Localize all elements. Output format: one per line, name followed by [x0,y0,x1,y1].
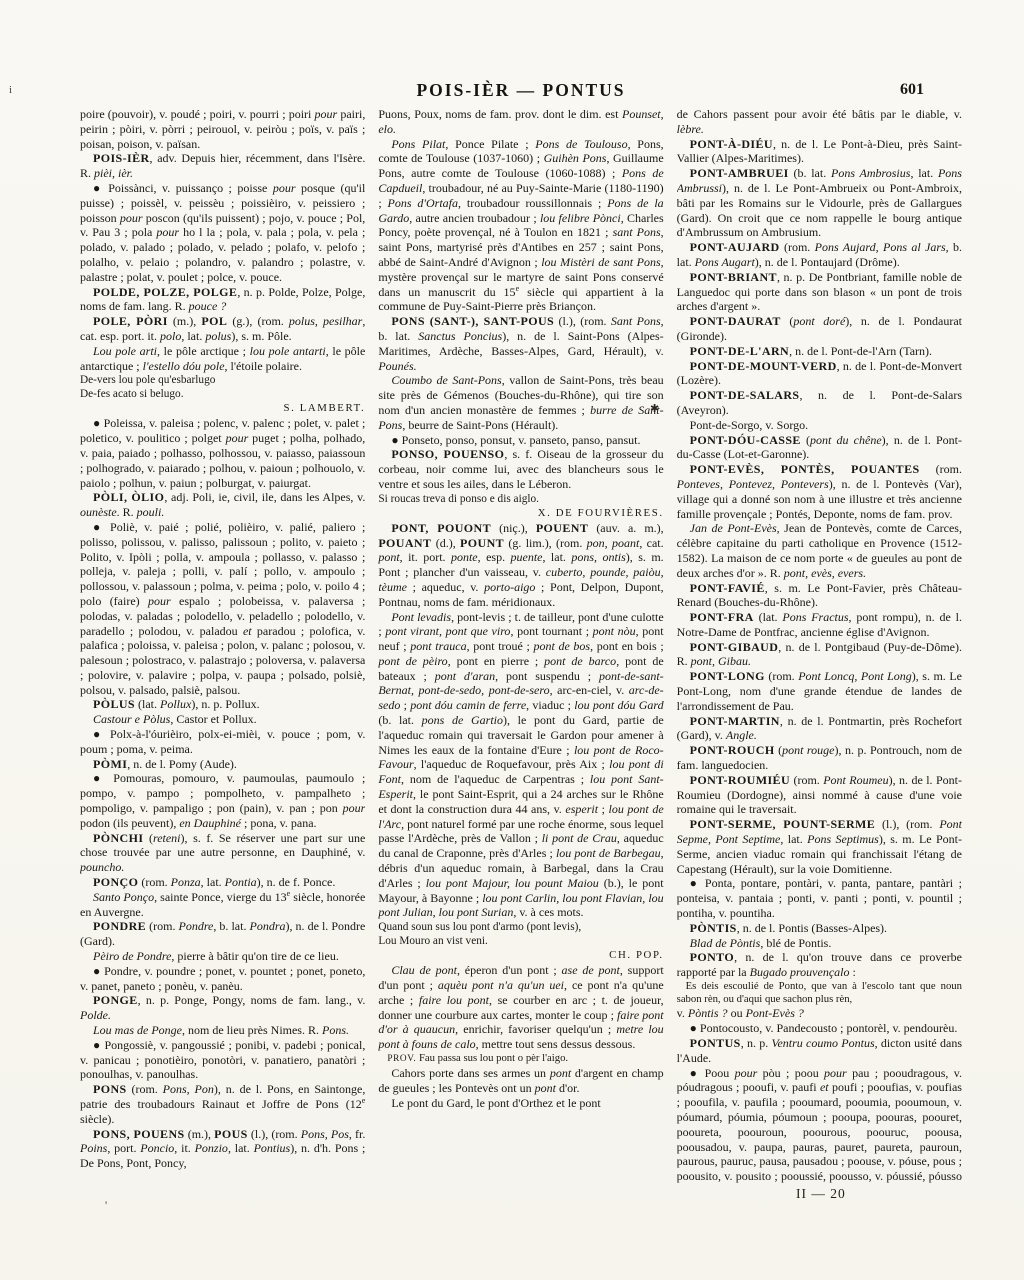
entry-paragraph: Castour e Pòlus, Castor et Pollux. [80,712,365,727]
text-segment: Guihèn Pons [544,151,607,165]
text-segment: Es deis escoulié de Ponto, que van à l'e… [677,980,962,1005]
entry-paragraph: PONT-SERME, POUNT-SERME (l.), (rom. Pont… [677,817,962,876]
entry-paragraph: Le pont du Gard, le pont d'Orthez et le … [378,1096,663,1111]
text-segment: ( [781,314,794,328]
text-segment: , nom de lieu près Nimes. R. [182,1023,322,1037]
text-segment: Pounés. [378,359,416,373]
text-segment: Pons. [322,1023,349,1037]
headword: PONT-ROUMIÉU [690,773,790,787]
text-segment: Pons Aujard, Pons al Jars [815,240,946,254]
text-segment: Pont levadis [391,610,451,624]
text-segment: (g.), (rom. [227,314,289,328]
text-segment: , n. de l. Pontis (Basses-Alpes). [737,921,887,935]
text-segment: , nom de l'aqueduc de Carpentras ; [401,772,590,786]
text-segment: Pontia [225,875,257,889]
entry-paragraph: ● Poissànci, v. puissanço ; poisse pour … [80,181,365,285]
text-segment: Fau passa sus lou pont o pèr l'aigo. [416,1052,568,1064]
text-segment: (lat. [135,697,160,711]
text-columns: poire (pouvoir), v. poudé ; poiri, v. po… [80,107,962,1185]
text-segment: ; [598,802,608,816]
text-segment: ounèste [80,505,117,519]
column-1: poire (pouvoir), v. poudé ; poiri, v. po… [80,107,365,1185]
text-segment: Quand soun sus lou pont d'armo (pont lev… [378,921,581,933]
text-segment: Bugado prouvençalo [750,965,850,979]
text-segment: ; aqueduc, v. [407,580,484,594]
text-segment: Si roucas treva di ponso e dis aiglo. [378,493,539,505]
entry-paragraph: POLDE, POLZE, POLGE, n. p. Polde, Polze,… [80,285,365,315]
text-segment: Pòntis ? [688,1006,728,1020]
text-segment: (auv. a. m.), [588,521,663,535]
text-segment: , n. de l. Pont-de-l'Arn (Tarn). [789,344,932,358]
headword: PÒMI [93,757,127,771]
text-segment: (rom. [790,773,823,787]
text-segment: li pont de Crau [542,831,617,845]
text-segment: polo [160,329,181,343]
text-segment: pour [148,594,171,608]
entry-paragraph: PONT-FAVIÉ, s. m. Le Pont-Favier, près C… [677,581,962,611]
text-segment: pont de bos [533,639,590,653]
text-segment: (rom. [780,240,815,254]
verse-attribution: S. LAMBERT. [80,401,365,416]
text-segment: (l.), (rom. [875,817,939,831]
text-segment: ), n. de f. Ponce. [257,875,336,889]
text-segment: , enrichir, favoriser quelqu'un ; [455,1022,616,1036]
text-segment: (b. lat. [789,166,831,180]
small-note: Es deis escoulié de Ponto, que van à l'e… [677,980,962,1006]
text-segment: , v. à ces mots. [513,905,583,919]
headword: PONS (SANT-), SANT-POUS [391,314,554,328]
text-segment: sant Pons [613,225,661,239]
text-segment: Le pont du Gard, le pont d'Orthez et le … [391,1096,600,1110]
entry-paragraph: ● Poleissa, v. paleisa ; polenc, v. pale… [80,416,365,490]
text-segment: pour [315,107,338,121]
text-segment: Pons Augart [695,255,755,269]
headword: PONT-LONG [690,669,765,683]
headword: PÒNTIS [690,921,737,935]
text-segment: lèbre. [677,122,704,136]
entry-paragraph: PONDRE (rom. Pondre, b. lat. Pondra), n.… [80,919,365,949]
text-segment: , lat. [543,550,572,564]
text-segment: reteni [153,831,181,845]
entry-paragraph: PONT-DE-MOUNT-VERD, n. de l. Pont-de-Mon… [677,359,962,389]
text-segment: Polde. [80,1008,111,1022]
entry-paragraph: PONS (SANT-), SANT-POUS (l.), (rom. Sant… [378,314,663,373]
text-segment: Puons, Poux, noms de fam. prov. dont le … [378,107,622,121]
text-segment: , viaduc ; [526,698,574,712]
text-segment: pouli. [137,505,165,519]
text-segment: Ponteves, Pontevez, Pontevers [677,477,829,491]
headword: PONT-BRIANT [690,270,777,284]
text-segment: Coumbo de Sant-Pons [391,373,501,387]
text-segment: pont dóu camin de ferre [410,698,526,712]
text-segment: , éperon d'un pont ; [457,963,562,977]
entry-paragraph: Pont-de-Sorgo, v. Sorgo. [677,418,962,433]
text-segment: : [850,965,856,979]
text-segment: lou pont de Barbegau [556,846,661,860]
text-segment: (m.), [168,314,202,328]
text-segment: , adj. Poli, ie, civil, ile, dans les Al… [164,490,365,504]
text-segment: , le pôle arctique ; [157,344,250,358]
text-segment: , troubadour roussillonnais ; [458,196,607,210]
headword: POUS [214,1127,248,1141]
verse-attribution: X. DE FOURVIÈRES. [378,506,663,521]
text-segment: polus [205,329,231,343]
text-segment: , fr. [349,1127,365,1141]
text-segment: , n. p. Ponge, Pongy, noms de fam. lang.… [138,993,366,1007]
text-segment: ● Pomouras, pomouro, v. paumoulas, paumo… [80,771,365,815]
entry-paragraph: PONTUS, n. p. Ventru coumo Pontus, dicto… [677,1036,962,1066]
text-segment: Castour e Pòlus [93,712,170,726]
headword: PÒLI, ÒLIO [93,490,164,504]
text-segment: Cahors porte dans ses armes un [391,1066,549,1080]
text-segment: v. [677,1006,688,1020]
text-segment: ase de pont [562,963,620,977]
text-segment: pon, poant [587,536,640,550]
text-segment: Jan de Pont-Evès [690,521,777,535]
entry-paragraph: PONT-ROUCH (pont rouge), n. p. Pontrouch… [677,743,962,773]
entry-paragraph: ● Pontocousto, v. Pandecousto ; pontorèl… [677,1021,962,1036]
text-segment: , l'étoile polaire. [225,359,302,373]
text-segment: , beurre de Saint-Pons (Hérault). [402,418,558,432]
verse-line: De-fes acato si belugo. [80,387,365,401]
text-segment: Pondra [250,919,286,933]
entry-paragraph: PONT-À-DIÉU, n. de l. Le Pont-à-Dieu, pr… [677,137,962,167]
headword: PONT-DE-MOUNT-VERD [690,359,837,373]
text-segment: , lat. [780,832,807,846]
text-segment: pouce ? [189,299,227,313]
text-segment: lou Mistèri de sant Pons [541,255,660,269]
text-segment: pour [343,801,366,815]
text-segment: PROV. [387,1054,416,1064]
headword: PONTUS [690,1036,741,1050]
headword: PONTO [690,950,734,964]
text-segment: ), n. p. Pollux. [191,697,259,711]
text-segment: polus, pesilhar [289,314,362,328]
text-segment: ; pona, v. pana. [241,816,317,830]
text-segment: (b. lat. [378,713,421,727]
text-segment: , pont en bois ; [590,639,664,653]
text-segment: faire lou pont [419,993,489,1007]
text-segment: pouncho. [80,860,124,874]
text-segment: , lat. [201,875,225,889]
headword: PONT, POUONT [391,521,491,535]
text-segment: Santo Ponço [93,890,154,904]
text-segment: (d.), [431,536,460,550]
entry-paragraph: PONSO, POUENSO, s. f. Oiseau de la gross… [378,447,663,491]
text-segment: , it. port. [400,550,451,564]
text-segment: siècle). [80,1112,114,1126]
text-segment: Lou Mouro an vist veni. [378,935,488,947]
entry-paragraph: PONT-DE-L'ARN, n. de l. Pont-de-l'Arn (T… [677,344,962,359]
text-segment: (rom. [920,462,962,476]
text-segment: ), s. m. Pôle. [231,329,291,343]
text-segment: pont, Gibau. [691,654,751,668]
page-title: POIS-IÈR — PONTUS [80,80,962,101]
continuation-paragraph: de Cahors passent pour avoir été bâtis p… [677,107,962,137]
text-segment: pont [550,1066,571,1080]
entry-paragraph: ● Polx-à-l'óurièiro, polx-ei-mièi, v. po… [80,727,365,757]
text-segment: Pondre [179,919,214,933]
text-segment: en Dauphiné [179,816,241,830]
margin-star-mark: ✱ [650,402,659,415]
text-segment: ● Pontocousto, v. Pandecousto ; pontorèl… [690,1021,958,1035]
headword: POIS-IÈR [93,151,150,165]
dictionary-page: POIS-IÈR — PONTUS 601 poire (pouvoir), v… [0,0,1024,1280]
text-segment: (m.), [185,1127,215,1141]
text-segment: , sainte Ponce, vierge du 13 [154,890,287,904]
headword: PONT-SERME, POUNT-SERME [690,817,876,831]
text-segment: aquèu pont n'a qu'un uei [438,978,564,992]
headword: POUANT [378,536,431,550]
headword: PONT-ROUCH [690,743,775,757]
text-segment: de Cahors passent pour avoir été bâtis p… [677,107,962,121]
text-segment: Pont Roumeu [823,773,888,787]
entry-paragraph: Lou mas de Ponge, nom de lieu près Nimes… [80,1023,365,1038]
entry-paragraph: Cahors porte dans ses armes un pont d'ar… [378,1066,663,1096]
headword: PONS [93,1082,127,1096]
headword: PONT-À-DIÉU [690,137,773,151]
text-segment: pont d'aran [435,669,495,683]
text-segment: S. LAMBERT. [283,402,365,414]
text-segment: , cat. [639,536,663,550]
text-segment: poire (pouvoir), v. poudé ; poiri, v. po… [80,107,315,121]
text-segment: , Castor et Pollux. [170,712,256,726]
text-segment: pour [120,211,143,225]
text-segment: ( [143,831,153,845]
text-segment: Pons de Toulouso [535,137,627,151]
entry-paragraph: Pont levadis, pont-levis ; t. de tailleu… [378,610,663,921]
text-segment: Ponzio [195,1141,228,1155]
text-segment: Poins [80,1141,107,1155]
entry-paragraph: Lou pole arti, le pôle arctique ; lou po… [80,344,365,374]
text-segment: Pont Loncq, Pont Long [798,669,912,683]
scan-artifact-bottom-left: ' [105,1198,107,1213]
text-segment: , b. lat. [213,919,249,933]
entry-paragraph: POIS-IÈR, adv. Depuis hier, récemment, d… [80,151,365,181]
entry-paragraph: ● Pomouras, pomouro, v. paumoulas, paumo… [80,771,365,830]
entry-paragraph: Santo Ponço, sainte Ponce, vierge du 13e… [80,890,365,920]
headword: PONÇO [93,875,138,889]
headword: PONT-DE-L'ARN [690,344,789,358]
headword: PONT-MARTIN [690,714,780,728]
entry-paragraph: PONT-AUJARD (rom. Pons Aujard, Pons al J… [677,240,962,270]
entry-paragraph: ● Ponseto, ponso, ponsut, v. panseto, pa… [378,433,663,448]
text-segment: Pons, Pos [301,1127,349,1141]
text-segment: ou [728,1006,746,1020]
text-segment: pour [735,1066,758,1080]
text-segment: pont [535,1081,556,1095]
text-segment: Sant Pons [611,314,661,328]
text-segment: ( [775,743,783,757]
verse-line: Si roucas treva di ponso e dis aiglo. [378,492,663,506]
text-segment: ● Ponta, pontare, pontàri, v. panta, pan… [677,876,962,920]
text-segment: Sanctus Poncius [418,329,502,343]
text-segment: pour [273,181,296,195]
text-segment: lou pont dóu Gard [574,698,663,712]
headword: POUENT [536,521,588,535]
text-segment: puente [511,550,543,564]
column-2: Puons, Poux, noms de fam. prov. dont le … [378,107,663,1185]
text-segment: Lou mas de Ponge [93,1023,182,1037]
page-number: 601 [900,81,924,99]
entry-paragraph: PONÇO (rom. Ponza, lat. Pontia), n. de f… [80,875,365,890]
headword: PONT-AUJARD [690,240,780,254]
text-segment: ● Poissànci, v. puissanço ; poisse [93,181,273,195]
headword: PÒNCHI [93,831,143,845]
text-segment: ; [400,698,410,712]
entry-paragraph: PONT-ROUMIÉU (rom. Pont Roumeu), n. de l… [677,773,962,817]
text-segment: pour [156,225,179,239]
entry-paragraph: PONS, POUENS (m.), POUS (l.), (rom. Pons… [80,1127,365,1171]
entry-paragraph: PONT-DAURAT (pont doré), n. de l. Pondau… [677,314,962,344]
text-segment: Angle. [726,728,757,742]
text-segment: lou felibre Pònci [540,211,621,225]
text-segment: pont trauca [410,639,466,653]
printer-signature-mark: II — 20 [796,1186,846,1202]
headword: PONS, POUENS [93,1127,185,1141]
entry-paragraph: PONS (rom. Pons, Pon), n. de l. Pons, en… [80,1082,365,1126]
text-segment: pons, ontis [571,550,625,564]
text-segment: podon (ils peuvent), [80,816,179,830]
entry-paragraph: PÒNTIS, n. de l. Pontis (Basses-Alpes). [677,921,962,936]
continuation-paragraph: poire (pouvoir), v. poudé ; poiri, v. po… [80,107,365,151]
headword: POLDE, POLZE, POLGE [93,285,237,299]
text-segment: pont virant, pont que viro [385,624,510,638]
entry-paragraph: Blad de Pòntis, blé de Pontis. [677,936,962,951]
text-segment: , pierre à bâtir qu'on tire de ce lieu. [171,949,338,963]
text-segment: d'or. [556,1081,580,1095]
headword: POLE, PÒRI [93,314,168,328]
text-segment: , blé de Pontis. [760,936,831,950]
entry-paragraph: PONT-FRA (lat. Pons Fractus, pont rompu)… [677,610,962,640]
text-segment: , arc-en-ciel, v. [550,683,629,697]
text-segment: Pont-Evès ? [746,1006,804,1020]
text-segment: De-vers lou pole qu'esbarlugo [80,374,215,386]
entry-paragraph: Pons Pilat, Ponce Pilate ; Pons de Toulo… [378,137,663,315]
headword: PONT-DÓU-CASSE [690,433,801,447]
headword: POL [201,314,227,328]
text-segment: pòu ; poou [757,1066,824,1080]
text-segment: Blad de Pòntis [690,936,761,950]
text-segment: Pons Fractus [782,610,848,624]
text-segment: Pons d'Ortafa [388,196,458,210]
continuation-paragraph: v. Pòntis ? ou Pont-Evès ? [677,1006,962,1021]
headword: PONT-DE-SALARS [690,388,800,402]
text-segment: ● Ponseto, ponso, ponsut, v. panseto, pa… [391,433,640,447]
entry-paragraph: Pèiro de Pondre, pierre à bâtir qu'on ti… [80,949,365,964]
text-segment: , lat. [228,1141,254,1155]
entry-paragraph: PONGE, n. p. Ponge, Pongy, noms de fam. … [80,993,365,1023]
entry-paragraph: ● Poliè, v. paié ; polié, polièiro, v. p… [80,520,365,698]
text-segment: ● Poou [690,1066,735,1080]
headword: PONT-FAVIÉ [690,581,765,595]
headword: PONSO, POUENSO [391,447,504,461]
text-segment: pont rouge [782,743,834,757]
text-segment: (lat. [754,610,783,624]
text-segment: , autre ancien troubadour ; [409,211,540,225]
text-segment: Poncio [140,1141,174,1155]
entry-paragraph: PÒLI, ÒLIO, adj. Poli, ie, civil, ile, d… [80,490,365,520]
text-segment: (l.), (rom. [554,314,611,328]
headword: PONT-FRA [690,610,754,624]
entry-paragraph: PONT-EVÈS, PONTÈS, POUANTES (rom. Pontev… [677,462,962,521]
text-segment: pont de barco [544,654,616,668]
entry-paragraph: PONTO, n. de l. qu'on trouve dans ce pro… [677,950,962,980]
text-segment: De-fes acato si belugo. [80,388,184,400]
text-segment: , it. [174,1141,194,1155]
entry-paragraph: ● Pondre, v. poundre ; ponet, v. pountet… [80,964,365,994]
entry-paragraph: PONT-BRIANT, n. p. De Pontbriant, famill… [677,270,962,314]
text-segment: pont de pèiro [378,654,447,668]
text-segment: l'estello dóu pole [143,359,225,373]
text-segment: , mettre tout sens dessus dessous. [476,1037,636,1051]
text-segment: Pollux [160,697,191,711]
text-segment: , port. [107,1141,140,1155]
text-segment: porto-aigo [484,580,535,594]
text-segment: pons de Gartio [422,713,503,727]
text-segment: , Ponce Pilate ; [445,137,535,151]
text-segment: , pont tournant ; [510,624,592,638]
text-segment: Clau de pont [391,963,457,977]
text-segment: et [243,624,252,638]
entry-paragraph: Clau de pont, éperon d'un pont ; ase de … [378,963,663,1052]
text-segment: e [362,1096,366,1105]
headword: PONDRE [93,919,146,933]
entry-paragraph: Jan de Pont-Evès, Jean de Pontevès, comt… [677,521,962,580]
verse-line: Lou Mouro an vist veni. [378,934,663,948]
text-segment: ● Polx-à-l'óurièiro, polx-ei-mièi, v. po… [80,727,365,756]
text-segment: , esp. [478,550,511,564]
text-segment: pont nòu [593,624,636,638]
entry-paragraph: PONT-DÓU-CASSE (pont du chêne), n. de l.… [677,433,962,463]
text-segment: pour [226,431,249,445]
text-segment: , l'aqueduc de Roquefavour, près Aix ; [414,757,609,771]
text-segment: ● Pondre, v. poundre ; ponet, v. pountet… [80,964,365,993]
text-segment: (g. lim.), (rom. [504,536,587,550]
text-segment: Pons, Pon [163,1082,214,1096]
entry-paragraph: PÒNCHI (reteni), s. f. Se réserver une p… [80,831,365,875]
column-3: de Cahors passent pour avoir été bâtis p… [677,107,962,1185]
entry-paragraph: PÒLUS (lat. Pollux), n. p. Pollux. [80,697,365,712]
scan-artifact-top-left: i [9,84,12,96]
headword: PONT-GIBAUD [690,640,779,654]
entry-paragraph: PONT-LONG (rom. Pont Loncq, Pont Long), … [677,669,962,713]
running-head: POIS-IÈR — PONTUS 601 [80,80,962,104]
headword: POUNT [460,536,504,550]
text-segment: Pons Ambrosius [831,166,910,180]
text-segment: CH. POP. [609,949,664,961]
text-segment: (rom. [127,1082,163,1096]
entry-paragraph: Coumbo de Sant-Pons, vallon de Saint-Pon… [378,373,663,432]
text-segment: , pont suspendu ; [495,669,599,683]
verse-line: De-vers lou pole qu'esbarlugo [80,373,365,387]
verse-attribution: CH. POP. [378,948,663,963]
entry-paragraph: PONT-MARTIN, n. de l. Pontmartin, près R… [677,714,962,744]
entry-paragraph: ● Ponta, pontare, pontàri, v. panta, pan… [677,876,962,920]
text-segment: ), n. de l. Pontaujard (Drôme). [755,255,900,269]
text-segment: pont doré [793,314,845,328]
small-note: PROV. Fau passa sus lou pont o pèr l'aig… [378,1052,663,1066]
text-segment: , lat. [910,166,938,180]
text-segment: pont du chêne [810,433,882,447]
entry-paragraph: PONT-DE-SALARS, n. de l. Pont-de-Salars … [677,388,962,418]
text-segment: (rom. [146,919,178,933]
entry-paragraph: ● Pongossiè, v. pangoussié ; ponibi, v. … [80,1038,365,1082]
text-segment: (rom. [138,875,170,889]
headword: PONGE [93,993,138,1007]
text-segment: (niç.), [491,521,536,535]
text-segment: (rom. [765,669,798,683]
